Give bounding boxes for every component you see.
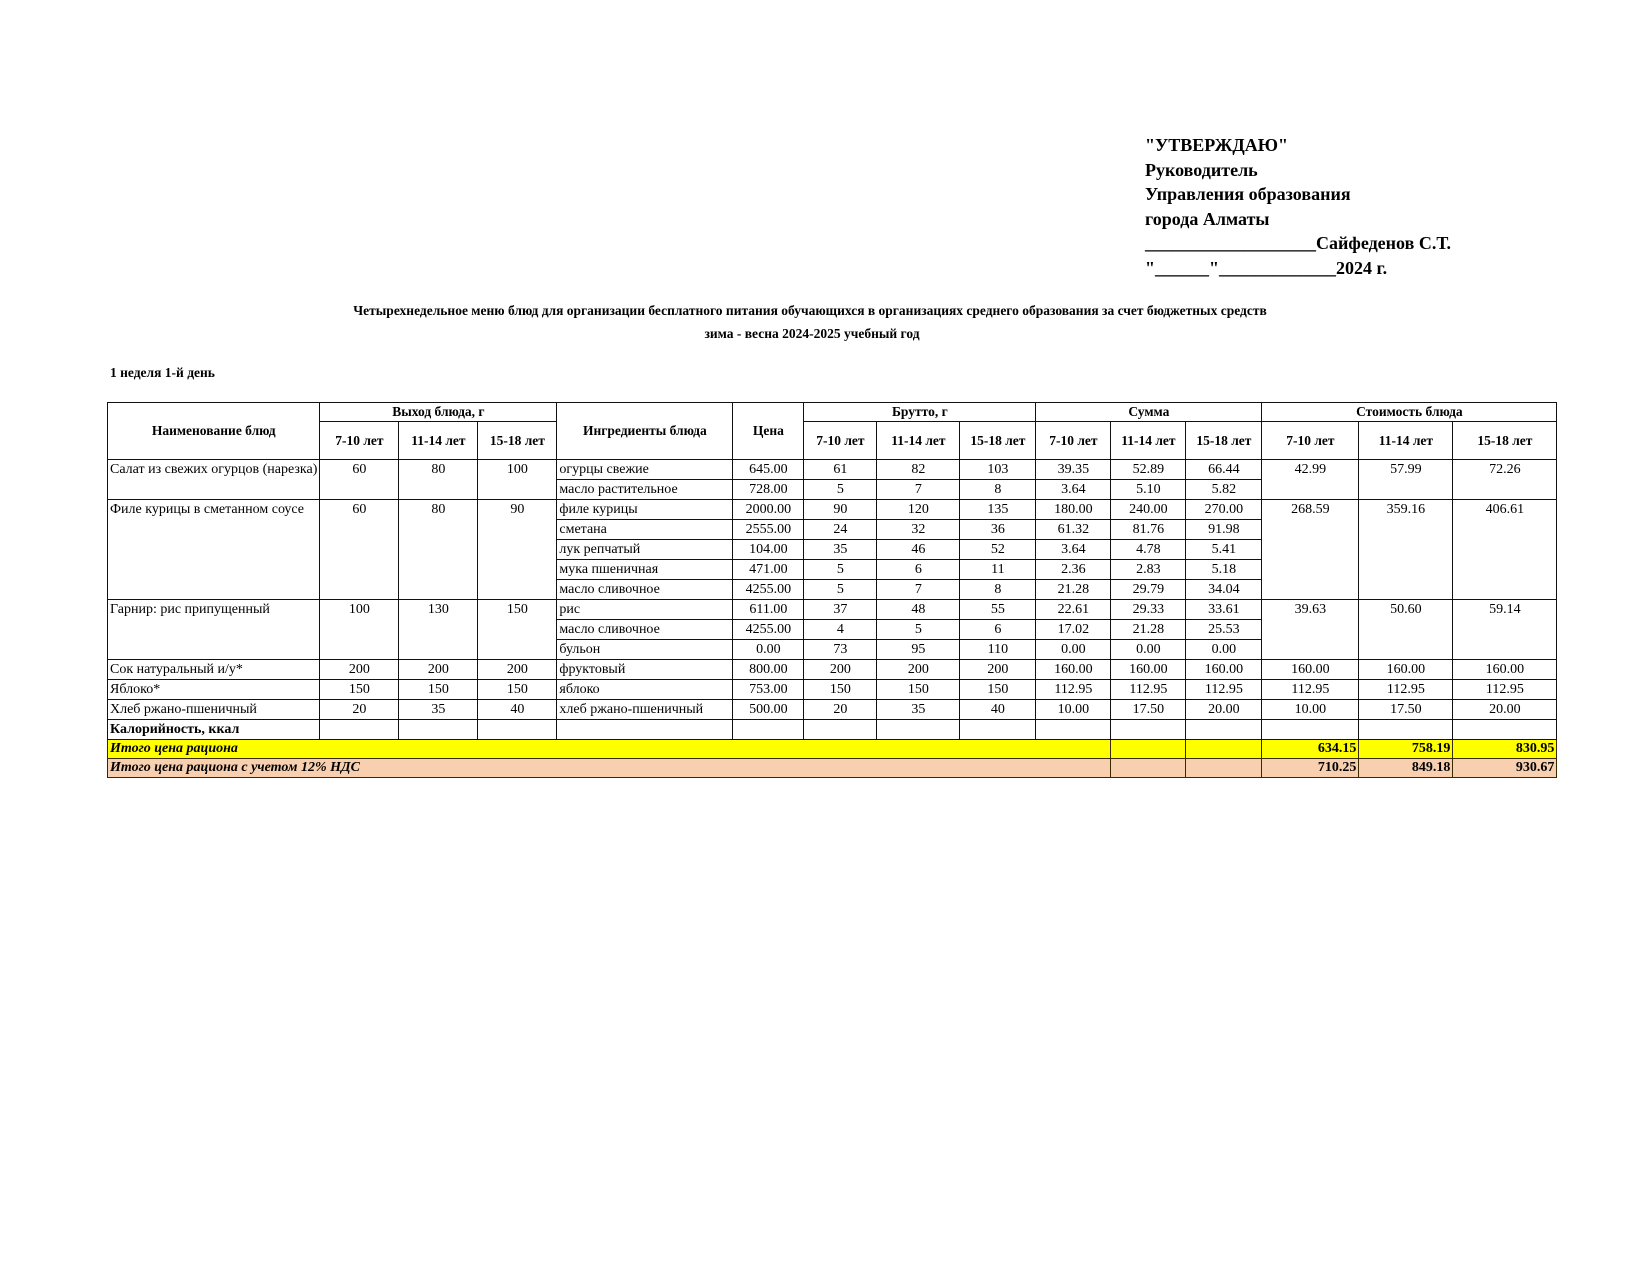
dish-cost: 112.95 xyxy=(1262,680,1359,700)
calories-cell xyxy=(1036,720,1111,740)
dish-cost: 268.59 xyxy=(1262,500,1359,600)
dish-cost: 20.00 xyxy=(1453,700,1557,720)
header-cost-age-2: 15-18 лет xyxy=(1453,422,1557,460)
header-sum: Сумма xyxy=(1036,403,1262,422)
table-row: Хлеб ржано-пшеничный203540хлеб ржано-пше… xyxy=(108,700,1557,720)
header-gross-age-2: 15-18 лет xyxy=(960,422,1036,460)
ingredient-sum: 81.76 xyxy=(1111,520,1186,540)
dish-cost: 406.61 xyxy=(1453,500,1557,600)
ingredient-sum: 17.02 xyxy=(1036,620,1111,640)
total-row-value: 758.19 xyxy=(1359,740,1453,759)
approval-signature: ___________________Сайфеденов С.Т. xyxy=(1145,231,1451,256)
total-row-value: 830.95 xyxy=(1453,740,1557,759)
menu-table: Наименование блюд Выход блюда, г Ингреди… xyxy=(107,402,1557,778)
dish-cost: 112.95 xyxy=(1359,680,1453,700)
ingredient-gross: 5 xyxy=(804,580,877,600)
ingredient-sum: 22.61 xyxy=(1036,600,1111,620)
ingredient-name: филе курицы xyxy=(557,500,733,520)
ingredient-sum: 5.41 xyxy=(1186,540,1262,560)
header-yield-age-1: 11-14 лет xyxy=(399,422,478,460)
ingredient-name: хлеб ржано-пшеничный xyxy=(557,700,733,720)
header-gross-age-1: 11-14 лет xyxy=(877,422,960,460)
ingredient-gross: 200 xyxy=(960,660,1036,680)
total-row-empty xyxy=(1186,740,1262,759)
ingredient-gross: 48 xyxy=(877,600,960,620)
dish-yield: 60 xyxy=(320,460,399,500)
ingredient-price: 800.00 xyxy=(733,660,804,680)
dish-cost: 160.00 xyxy=(1453,660,1557,680)
dish-cost: 42.99 xyxy=(1262,460,1359,500)
day-label: 1 неделя 1-й день xyxy=(110,365,215,381)
calories-cell xyxy=(478,720,557,740)
ingredient-gross: 24 xyxy=(804,520,877,540)
header-ingredients: Ингредиенты блюда xyxy=(557,403,733,460)
ingredient-sum: 2.36 xyxy=(1036,560,1111,580)
dish-yield: 150 xyxy=(478,600,557,660)
ingredient-sum: 21.28 xyxy=(1111,620,1186,640)
ingredient-sum: 112.95 xyxy=(1111,680,1186,700)
header-gross-age-0: 7-10 лет xyxy=(804,422,877,460)
total-row: Итого цена рациона634.15758.19830.95 xyxy=(108,740,1557,759)
ingredient-price: 4255.00 xyxy=(733,620,804,640)
table-row: Гарнир: рис припущенный100130150рис611.0… xyxy=(108,600,1557,620)
calories-row: Калорийность, ккал xyxy=(108,720,1557,740)
header-cost-age-1: 11-14 лет xyxy=(1359,422,1453,460)
dish-yield: 200 xyxy=(478,660,557,680)
dish-yield: 150 xyxy=(478,680,557,700)
ingredient-price: 104.00 xyxy=(733,540,804,560)
approval-city: города Алматы xyxy=(1145,207,1451,232)
dish-name: Филе курицы в сметанном соусе xyxy=(108,500,320,600)
header-sum-age-0: 7-10 лет xyxy=(1036,422,1111,460)
dish-yield: 100 xyxy=(478,460,557,500)
ingredient-price: 2000.00 xyxy=(733,500,804,520)
ingredient-gross: 46 xyxy=(877,540,960,560)
calories-cell xyxy=(557,720,733,740)
header-cost: Стоимость блюда xyxy=(1262,403,1557,422)
ingredient-name: фруктовый xyxy=(557,660,733,680)
ingredient-price: 500.00 xyxy=(733,700,804,720)
ingredient-sum: 91.98 xyxy=(1186,520,1262,540)
header-yield: Выход блюда, г xyxy=(320,403,557,422)
ingredient-price: 753.00 xyxy=(733,680,804,700)
ingredient-price: 4255.00 xyxy=(733,580,804,600)
calories-cell xyxy=(1359,720,1453,740)
ingredient-sum: 160.00 xyxy=(1186,660,1262,680)
ingredient-gross: 8 xyxy=(960,580,1036,600)
total-row-label: Итого цена рациона xyxy=(108,740,1111,759)
ingredient-gross: 61 xyxy=(804,460,877,480)
header-yield-age-0: 7-10 лет xyxy=(320,422,399,460)
ingredient-sum: 29.33 xyxy=(1111,600,1186,620)
ingredient-name: лук репчатый xyxy=(557,540,733,560)
table-row: Яблоко*150150150яблоко753.00150150150112… xyxy=(108,680,1557,700)
total-row-empty xyxy=(1111,740,1186,759)
ingredient-gross: 82 xyxy=(877,460,960,480)
ingredient-gross: 73 xyxy=(804,640,877,660)
ingredient-gross: 110 xyxy=(960,640,1036,660)
ingredient-gross: 95 xyxy=(877,640,960,660)
calories-cell xyxy=(960,720,1036,740)
table-row: Сок натуральный и/у*200200200фруктовый80… xyxy=(108,660,1557,680)
ingredient-gross: 35 xyxy=(877,700,960,720)
ingredient-name: масло сливочное xyxy=(557,620,733,640)
dish-yield: 100 xyxy=(320,600,399,660)
ingredient-sum: 0.00 xyxy=(1111,640,1186,660)
ingredient-sum: 2.83 xyxy=(1111,560,1186,580)
ingredient-sum: 29.79 xyxy=(1111,580,1186,600)
ingredient-name: масло растительное xyxy=(557,480,733,500)
ingredient-gross: 7 xyxy=(877,480,960,500)
dish-name: Салат из свежих огурцов (нарезка) xyxy=(108,460,320,500)
ingredient-gross: 35 xyxy=(804,540,877,560)
approval-department: Управления образования xyxy=(1145,182,1451,207)
header-cost-age-0: 7-10 лет xyxy=(1262,422,1359,460)
dish-name: Яблоко* xyxy=(108,680,320,700)
calories-cell xyxy=(320,720,399,740)
header-dish-name: Наименование блюд xyxy=(108,403,320,460)
calories-cell xyxy=(804,720,877,740)
calories-cell xyxy=(1186,720,1262,740)
ingredient-sum: 17.50 xyxy=(1111,700,1186,720)
ingredient-gross: 150 xyxy=(960,680,1036,700)
ingredient-sum: 3.64 xyxy=(1036,540,1111,560)
ingredient-sum: 5.18 xyxy=(1186,560,1262,580)
ingredient-sum: 112.95 xyxy=(1186,680,1262,700)
ingredient-sum: 33.61 xyxy=(1186,600,1262,620)
ingredient-name: огурцы свежие xyxy=(557,460,733,480)
dish-cost: 17.50 xyxy=(1359,700,1453,720)
dish-name: Гарнир: рис припущенный xyxy=(108,600,320,660)
dish-cost: 112.95 xyxy=(1453,680,1557,700)
calories-label: Калорийность, ккал xyxy=(108,720,320,740)
ingredient-name: мука пшеничная xyxy=(557,560,733,580)
ingredient-gross: 5 xyxy=(804,480,877,500)
ingredient-gross: 150 xyxy=(804,680,877,700)
ingredient-gross: 5 xyxy=(804,560,877,580)
calories-cell xyxy=(1262,720,1359,740)
ingredient-sum: 270.00 xyxy=(1186,500,1262,520)
dish-cost: 72.26 xyxy=(1453,460,1557,500)
ingredient-sum: 34.04 xyxy=(1186,580,1262,600)
dish-cost: 160.00 xyxy=(1359,660,1453,680)
total-vat-row-value: 849.18 xyxy=(1359,759,1453,778)
document-title: Четырехнедельное меню блюд для организац… xyxy=(0,303,1620,319)
ingredient-price: 728.00 xyxy=(733,480,804,500)
header-price: Цена xyxy=(733,403,804,460)
ingredient-price: 611.00 xyxy=(733,600,804,620)
calories-cell xyxy=(399,720,478,740)
ingredient-sum: 160.00 xyxy=(1036,660,1111,680)
ingredient-sum: 180.00 xyxy=(1036,500,1111,520)
ingredient-gross: 103 xyxy=(960,460,1036,480)
dish-cost: 39.63 xyxy=(1262,600,1359,660)
header-sum-age-1: 11-14 лет xyxy=(1111,422,1186,460)
ingredient-sum: 4.78 xyxy=(1111,540,1186,560)
dish-yield: 150 xyxy=(320,680,399,700)
ingredient-sum: 10.00 xyxy=(1036,700,1111,720)
dish-yield: 20 xyxy=(320,700,399,720)
ingredient-sum: 0.00 xyxy=(1036,640,1111,660)
dish-name: Хлеб ржано-пшеничный xyxy=(108,700,320,720)
ingredient-gross: 36 xyxy=(960,520,1036,540)
ingredient-price: 0.00 xyxy=(733,640,804,660)
ingredient-sum: 66.44 xyxy=(1186,460,1262,480)
ingredient-sum: 39.35 xyxy=(1036,460,1111,480)
ingredient-sum: 52.89 xyxy=(1111,460,1186,480)
ingredient-sum: 0.00 xyxy=(1186,640,1262,660)
ingredient-sum: 5.82 xyxy=(1186,480,1262,500)
dish-yield: 130 xyxy=(399,600,478,660)
ingredient-gross: 6 xyxy=(877,560,960,580)
ingredient-sum: 160.00 xyxy=(1111,660,1186,680)
ingredient-price: 645.00 xyxy=(733,460,804,480)
header-gross: Брутто, г xyxy=(804,403,1036,422)
ingredient-gross: 40 xyxy=(960,700,1036,720)
dish-name: Сок натуральный и/у* xyxy=(108,660,320,680)
ingredient-gross: 37 xyxy=(804,600,877,620)
ingredient-gross: 52 xyxy=(960,540,1036,560)
calories-cell xyxy=(877,720,960,740)
ingredient-name: бульон xyxy=(557,640,733,660)
header-sum-age-2: 15-18 лет xyxy=(1186,422,1262,460)
dish-yield: 200 xyxy=(320,660,399,680)
ingredient-gross: 150 xyxy=(877,680,960,700)
calories-cell xyxy=(733,720,804,740)
dish-cost: 359.16 xyxy=(1359,500,1453,600)
approval-block: "УТВЕРЖДАЮ" Руководитель Управления обра… xyxy=(1145,133,1451,280)
calories-cell xyxy=(1453,720,1557,740)
approval-heading: "УТВЕРЖДАЮ" xyxy=(1145,133,1451,158)
ingredient-sum: 112.95 xyxy=(1036,680,1111,700)
ingredient-gross: 7 xyxy=(877,580,960,600)
ingredient-name: сметана xyxy=(557,520,733,540)
dish-cost: 59.14 xyxy=(1453,600,1557,660)
ingredient-gross: 90 xyxy=(804,500,877,520)
ingredient-gross: 200 xyxy=(877,660,960,680)
dish-yield: 90 xyxy=(478,500,557,600)
ingredient-sum: 61.32 xyxy=(1036,520,1111,540)
total-vat-row-label: Итого цена рациона с учетом 12% НДС xyxy=(108,759,1111,778)
ingredient-sum: 21.28 xyxy=(1036,580,1111,600)
ingredient-gross: 6 xyxy=(960,620,1036,640)
ingredient-gross: 11 xyxy=(960,560,1036,580)
ingredient-sum: 3.64 xyxy=(1036,480,1111,500)
dish-cost: 160.00 xyxy=(1262,660,1359,680)
total-vat-row-empty xyxy=(1111,759,1186,778)
ingredient-sum: 20.00 xyxy=(1186,700,1262,720)
ingredient-sum: 25.53 xyxy=(1186,620,1262,640)
ingredient-gross: 120 xyxy=(877,500,960,520)
ingredient-name: яблоко xyxy=(557,680,733,700)
ingredient-gross: 55 xyxy=(960,600,1036,620)
total-row-value: 634.15 xyxy=(1262,740,1359,759)
ingredient-sum: 240.00 xyxy=(1111,500,1186,520)
header-yield-age-2: 15-18 лет xyxy=(478,422,557,460)
dish-yield: 80 xyxy=(399,500,478,600)
dish-yield: 40 xyxy=(478,700,557,720)
total-vat-row-empty xyxy=(1186,759,1262,778)
ingredient-price: 471.00 xyxy=(733,560,804,580)
dish-yield: 200 xyxy=(399,660,478,680)
dish-yield: 80 xyxy=(399,460,478,500)
dish-yield: 150 xyxy=(399,680,478,700)
approval-position: Руководитель xyxy=(1145,158,1451,183)
table-row: Филе курицы в сметанном соусе608090филе … xyxy=(108,500,1557,520)
total-vat-row-value: 710.25 xyxy=(1262,759,1359,778)
ingredient-name: масло сливочное xyxy=(557,580,733,600)
ingredient-gross: 200 xyxy=(804,660,877,680)
document-subtitle: зима - весна 2024-2025 учебный год xyxy=(0,326,1624,342)
ingredient-gross: 4 xyxy=(804,620,877,640)
total-vat-row-value: 930.67 xyxy=(1453,759,1557,778)
total-vat-row: Итого цена рациона с учетом 12% НДС710.2… xyxy=(108,759,1557,778)
approval-date: "______"_____________2024 г. xyxy=(1145,256,1451,281)
ingredient-gross: 8 xyxy=(960,480,1036,500)
ingredient-gross: 32 xyxy=(877,520,960,540)
dish-cost: 50.60 xyxy=(1359,600,1453,660)
ingredient-sum: 5.10 xyxy=(1111,480,1186,500)
ingredient-price: 2555.00 xyxy=(733,520,804,540)
ingredient-name: рис xyxy=(557,600,733,620)
ingredient-gross: 135 xyxy=(960,500,1036,520)
dish-yield: 60 xyxy=(320,500,399,600)
dish-cost: 57.99 xyxy=(1359,460,1453,500)
dish-yield: 35 xyxy=(399,700,478,720)
table-row: Салат из свежих огурцов (нарезка)6080100… xyxy=(108,460,1557,480)
calories-cell xyxy=(1111,720,1186,740)
dish-cost: 10.00 xyxy=(1262,700,1359,720)
ingredient-gross: 5 xyxy=(877,620,960,640)
ingredient-gross: 20 xyxy=(804,700,877,720)
